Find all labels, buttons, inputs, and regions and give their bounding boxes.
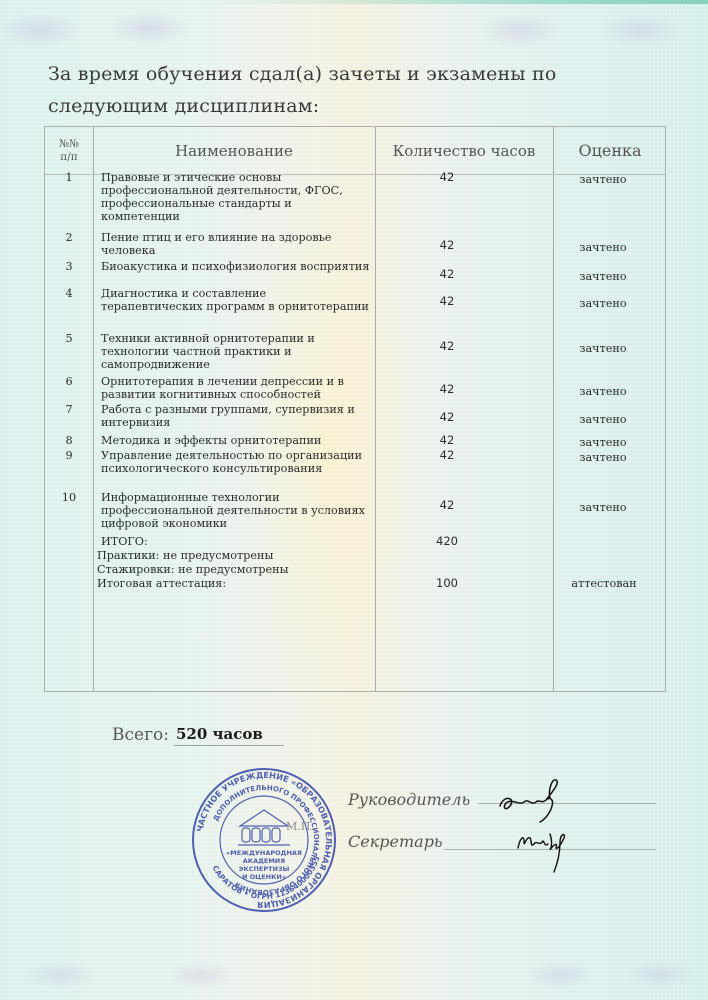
- svg-text:ЭКСПЕРТИЗЫ: ЭКСПЕРТИЗЫ: [239, 865, 290, 873]
- row-hours: 42: [391, 449, 503, 462]
- row-number: 5: [45, 332, 93, 345]
- grand-total-value: 520 часов: [174, 725, 284, 746]
- row-grade: зачтено: [551, 501, 655, 514]
- column-divider: [375, 127, 376, 691]
- row-number: 9: [45, 449, 93, 462]
- row-hours: 42: [391, 434, 503, 447]
- building-emblem: [238, 810, 290, 845]
- row-discipline-name: Орнитотерапия в лечении депрессии и в ра…: [101, 375, 371, 401]
- director-label: Руководитель: [348, 790, 470, 809]
- row-number: 3: [45, 260, 93, 273]
- row-hours: 42: [391, 295, 503, 308]
- director-signature: [494, 776, 574, 826]
- secretary-label: Секретарь: [348, 832, 443, 851]
- row-hours: 42: [391, 340, 503, 353]
- header-hours: Количество часов: [375, 127, 553, 174]
- row-grade: зачтено: [551, 270, 655, 283]
- row-number: 10: [45, 491, 93, 504]
- row-discipline-name: Методика и эффекты орнитотерапии: [101, 434, 371, 447]
- secretary-signature: [514, 826, 574, 876]
- header-number-line2: п/п: [60, 151, 78, 164]
- row-number: 8: [45, 434, 93, 447]
- grand-total-label: Всего:: [112, 725, 169, 745]
- row-hours: 42: [391, 239, 503, 252]
- row-grade: зачтено: [551, 436, 655, 449]
- svg-text:М.П.: М.П.: [286, 820, 314, 833]
- svg-text:АКАДЕМИЯ: АКАДЕМИЯ: [243, 857, 286, 865]
- header-number-line1: №№: [59, 138, 79, 151]
- row-grade: зачтено: [551, 297, 655, 310]
- column-divider: [553, 127, 554, 691]
- row-grade: зачтено: [551, 413, 655, 426]
- row-grade: зачтено: [551, 451, 655, 464]
- row-hours: 42: [391, 268, 503, 281]
- page-edge-decoration: [200, 0, 708, 4]
- summary-total-label: ИТОГО:: [101, 535, 371, 548]
- row-grade: зачтено: [551, 241, 655, 254]
- row-hours: 42: [391, 499, 503, 512]
- summary-practice: Практики: не предусмотрены: [97, 549, 367, 562]
- security-pattern-top: [0, 0, 708, 60]
- summary-attestation-hours: 100: [391, 577, 503, 590]
- row-number: 7: [45, 403, 93, 416]
- summary-attestation-label: Итоговая аттестация:: [97, 577, 367, 590]
- grades-table: №№ п/п Наименование Количество часов Оце…: [44, 126, 666, 692]
- column-divider: [93, 127, 94, 691]
- row-number: 1: [45, 171, 93, 184]
- header-grade: Оценка: [553, 127, 667, 174]
- row-grade: зачтено: [551, 342, 655, 355]
- svg-text:«МЕЖДУНАРОДНАЯ: «МЕЖДУНАРОДНАЯ: [226, 849, 302, 857]
- row-grade: зачтено: [551, 385, 655, 398]
- row-discipline-name: Диагностика и составление терапевтически…: [101, 287, 371, 313]
- svg-text:И ОЦЕНКИ»: И ОЦЕНКИ»: [242, 873, 286, 881]
- row-hours: 42: [391, 411, 503, 424]
- security-pattern-bottom: [0, 950, 708, 1000]
- official-stamp: ЧАСТНОЕ УЧРЕЖДЕНИЕ «ОБРАЗОВАТЕЛЬНАЯ ОРГА…: [190, 766, 338, 914]
- row-discipline-name: Информационные технологии профессиональн…: [101, 491, 371, 530]
- row-hours: 42: [391, 383, 503, 396]
- row-discipline-name: Пение птиц и его влияние на здоровье чел…: [101, 231, 371, 257]
- row-discipline-name: Управление деятельностью по организации …: [101, 449, 371, 475]
- header-number: №№ п/п: [45, 127, 93, 174]
- row-discipline-name: Техники активной орнитотерапии и техноло…: [101, 332, 371, 371]
- row-number: 6: [45, 375, 93, 388]
- row-discipline-name: Работа с разными группами, супервизия и …: [101, 403, 371, 429]
- row-number: 4: [45, 287, 93, 300]
- summary-internships: Стажировки: не предусмотрены: [97, 563, 367, 576]
- row-grade: зачтено: [551, 173, 655, 186]
- row-discipline-name: Биоакустика и психофизиология восприятия: [101, 260, 371, 273]
- summary-attestation-grade: аттестован: [545, 577, 663, 590]
- row-hours: 42: [391, 171, 503, 184]
- row-discipline-name: Правовые и этические основы профессионал…: [101, 171, 371, 223]
- header-name: Наименование: [93, 127, 375, 174]
- section-heading: За время обучения сдал(а) зачеты и экзам…: [48, 58, 668, 122]
- summary-total-hours: 420: [391, 535, 503, 548]
- row-number: 2: [45, 231, 93, 244]
